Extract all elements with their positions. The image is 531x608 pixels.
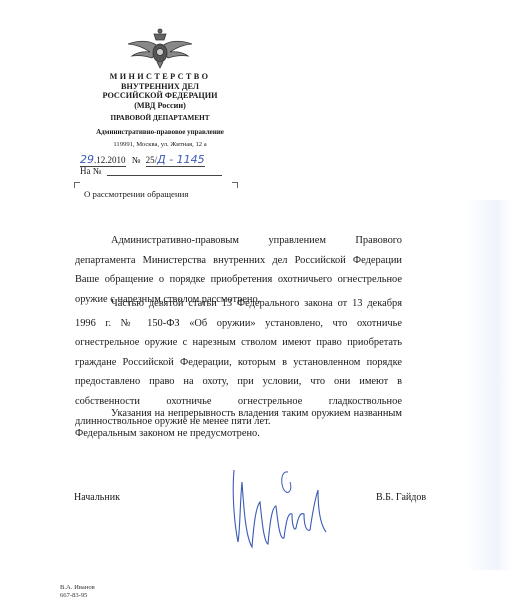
executor-info: В.А. Иванов 667-83-95 (60, 584, 95, 601)
reply-to-line: На № (80, 166, 222, 176)
emblem-icon (124, 26, 196, 70)
reply-to-field (107, 167, 222, 176)
date-printed: .12.2010 (94, 155, 126, 165)
paragraph-text: Указания на непрерывность владения таким… (75, 404, 402, 443)
ministry-line-1: МИНИСТЕРСТВО (70, 72, 250, 82)
letter-page: МИНИСТЕРСТВО ВНУТРЕННИХ ДЕЛ РОССИЙСКОЙ Ф… (0, 0, 531, 608)
executor-name: В.А. Иванов (60, 584, 95, 592)
ministry-line-2: ВНУТРЕННИХ ДЕЛ (70, 82, 250, 92)
reply-to-label: На № (80, 166, 101, 176)
ministry-line-3: РОССИЙСКОЙ ФЕДЕРАЦИИ (70, 91, 250, 101)
corner-mark-right (232, 182, 238, 188)
ministry-name: МИНИСТЕРСТВО ВНУТРЕННИХ ДЕЛ РОССИЙСКОЙ Ф… (70, 72, 250, 110)
date-field: 29.12.2010 (80, 153, 126, 167)
body-paragraph-3: Указания на непрерывность владения таким… (75, 404, 402, 443)
department-name: ПРАВОВОЙ ДЕПАРТАМЕНТ (70, 114, 250, 122)
number-printed: 25/ (146, 155, 158, 165)
subject-line: О рассмотрении обращения (84, 189, 188, 199)
handwritten-number: Д - 1145 (157, 153, 205, 166)
signatory-name: В.Б. Гайдов (376, 492, 426, 503)
number-field: 25/Д - 1145 (146, 153, 205, 167)
scan-shading (466, 200, 511, 570)
number-label: № (132, 155, 141, 165)
ministry-line-4: (МВД России) (70, 101, 250, 111)
address: 119991, Москва, ул. Житная, 12 а (70, 141, 250, 148)
corner-mark-left (74, 182, 80, 188)
signatory-title: Начальник (74, 492, 120, 503)
executor-phone: 667-83-95 (60, 592, 95, 600)
handwritten-day: 29 (80, 153, 94, 166)
signature-icon (226, 462, 336, 562)
registration-line: 29.12.2010 № 25/Д - 1145 (80, 153, 205, 167)
subdepartment-name: Административно-правовое управление (70, 128, 250, 136)
